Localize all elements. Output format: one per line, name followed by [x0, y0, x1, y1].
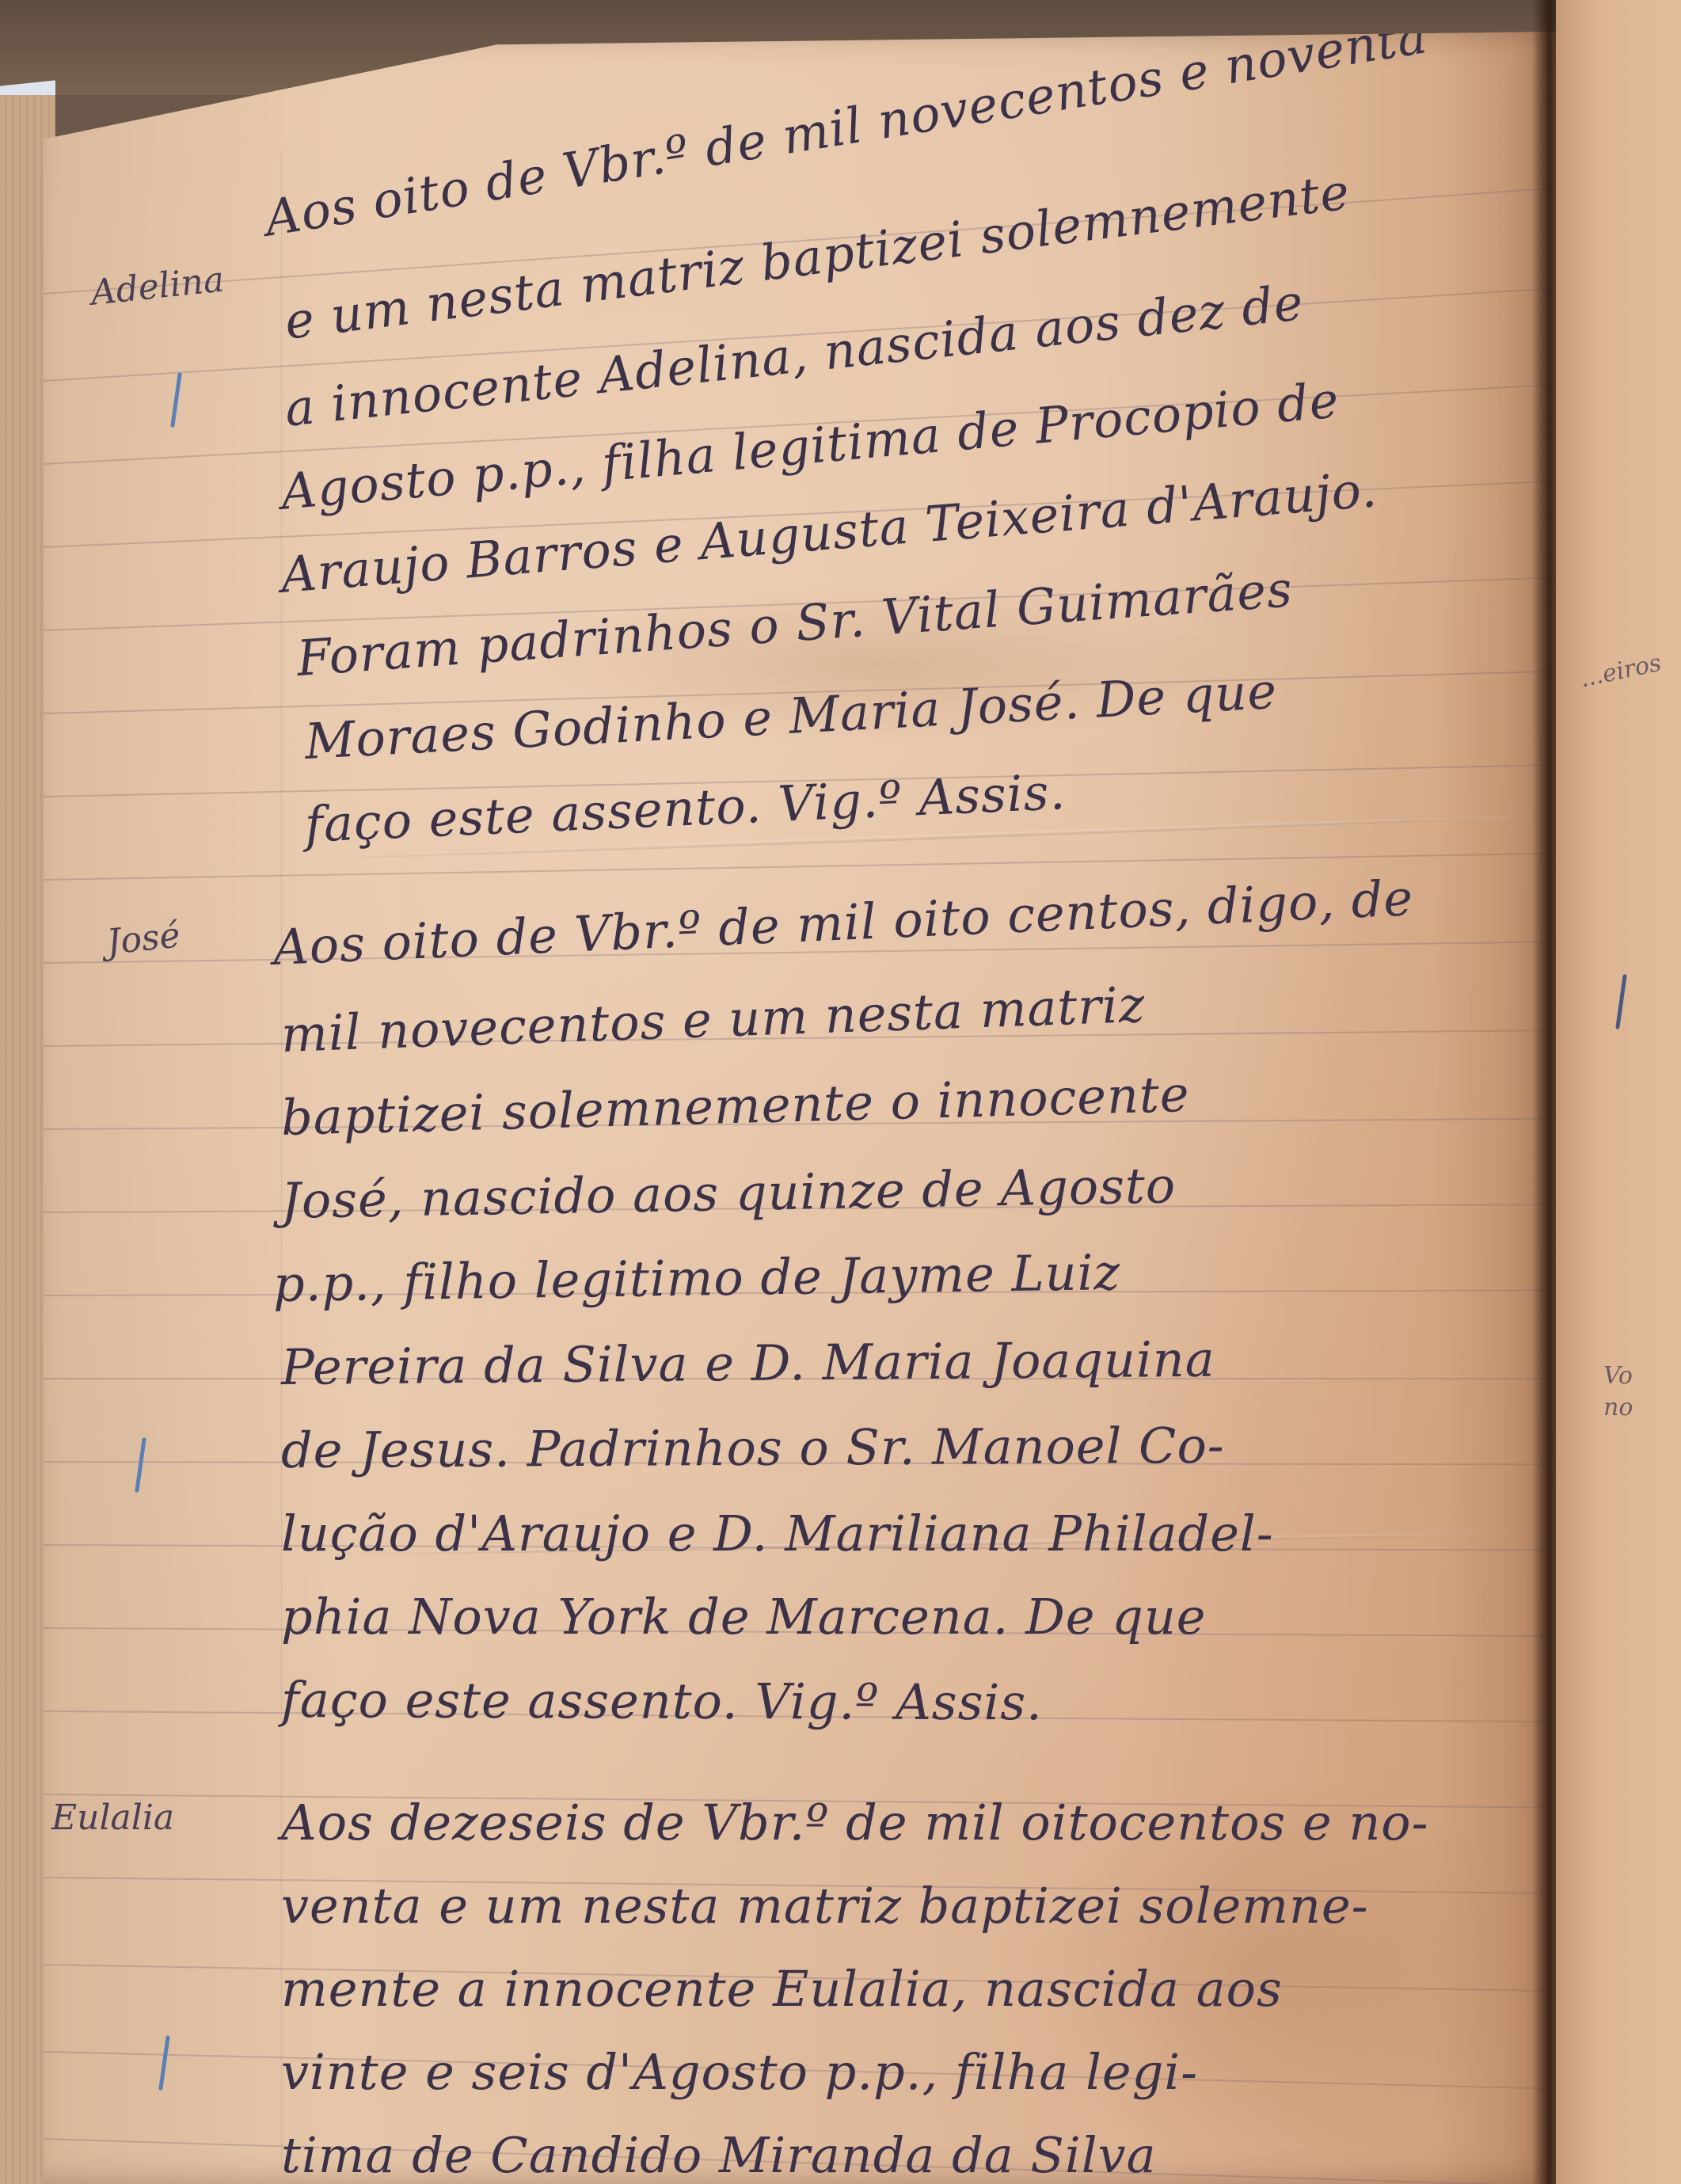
- margin-name-entry-2: José: [105, 915, 182, 962]
- facing-page-fragment: ...eiros: [1577, 649, 1664, 694]
- entry-3-line: Aos dezeseis de Vbr.º de mil oitocentos …: [281, 1794, 1429, 1851]
- entry-2-line: phia Nova York de Marcena. De que: [281, 1588, 1207, 1646]
- entry-3-line: mente a innocente Eulalia, nascida aos: [281, 1960, 1283, 2018]
- pencil-mark: [1615, 974, 1627, 1029]
- facing-page: ...eiros Vo no: [1556, 0, 1681, 2184]
- blue-pencil-mark: [135, 1437, 146, 1493]
- entry-2-line: p.p., filho legitimo de Jayme Luiz: [272, 1243, 1120, 1313]
- facing-page-fragment: no: [1603, 1394, 1633, 1421]
- margin-rule: [281, 150, 282, 2170]
- entry-2-line: baptizei solemnemente o innocente: [280, 1065, 1190, 1147]
- entry-3-overflow-clip: [281, 2091, 1548, 2184]
- blue-pencil-mark: [158, 2035, 170, 2091]
- entry-2-line: José, nascido aos quinze de Agosto: [280, 1156, 1176, 1230]
- entry-2-line: faço este assento. Vig.º Assis.: [281, 1671, 1043, 1731]
- entry-2-line: Pereira da Silva e D. Maria Joaquina: [281, 1330, 1215, 1396]
- blue-pencil-mark: [170, 372, 182, 428]
- facing-page-fragment: Vo: [1603, 1362, 1633, 1390]
- register-page: Adelina Aos oito de Vbr.º de mil novecen…: [44, 32, 1556, 2184]
- entry-2-line: Aos oito de Vbr.º de mil oito centos, di…: [272, 869, 1414, 976]
- entry-2-line: de Jesus. Padrinhos o Sr. Manoel Co-: [281, 1417, 1225, 1479]
- entry-3-line: venta e um nesta matriz baptizei solemne…: [281, 1877, 1369, 1935]
- margin-name-entry-3: Eulalia: [51, 1798, 174, 1838]
- entry-2-line: lução d'Araujo e D. Mariliana Philadel-: [281, 1505, 1274, 1562]
- margin-name-entry-1: Adelina: [89, 260, 226, 314]
- entry-1-line: faço este assento. Vig.º Assis.: [303, 763, 1067, 854]
- entry-2-line: mil novecentos e um nesta matriz: [280, 976, 1147, 1063]
